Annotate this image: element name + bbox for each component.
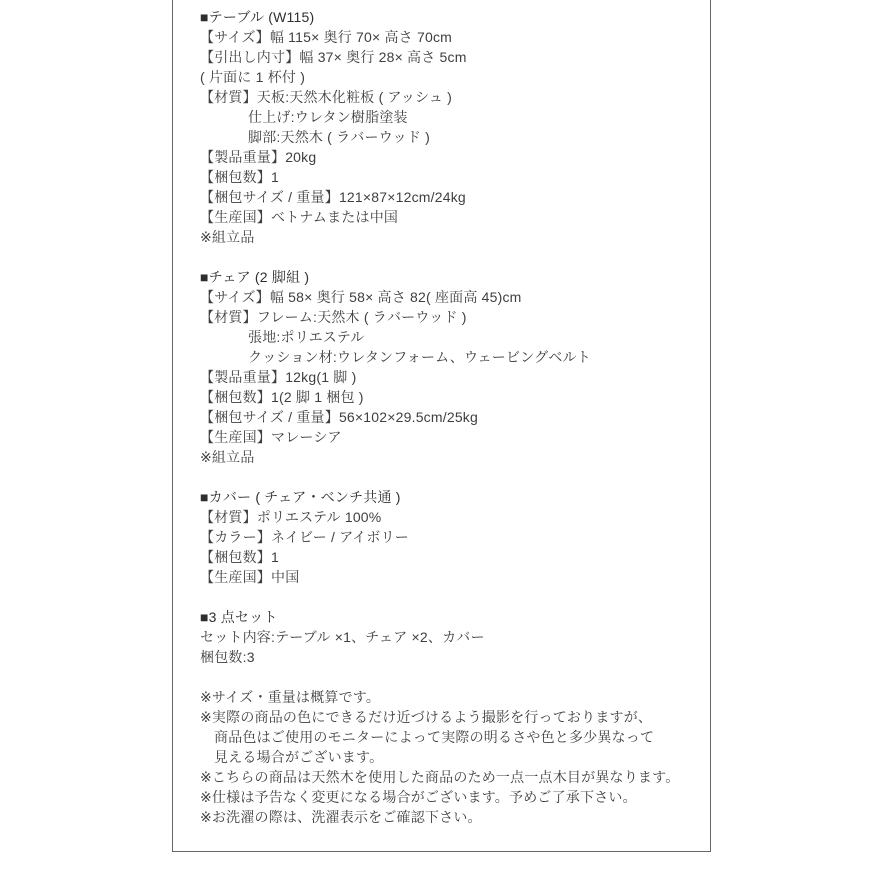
section-cover-heading: ■カバー ( チェア・ベンチ共通 ) bbox=[200, 487, 710, 507]
spec-line-assembly: ※組立品 bbox=[200, 227, 710, 247]
note-line-approx: ※サイズ・重量は概算です。 bbox=[200, 687, 710, 707]
spec-line-material-frame: 【材質】フレーム:天然木 ( ラバーウッド ) bbox=[200, 307, 710, 327]
spec-line-package-size: 【梱包サイズ / 重量】121×87×12cm/24kg bbox=[200, 187, 710, 207]
section-table-heading: ■テーブル (W115) bbox=[200, 7, 710, 27]
note-line-washing: ※お洗濯の際は、洗濯表示をご確認下さい。 bbox=[200, 807, 710, 827]
spec-line-country: 【生産国】中国 bbox=[200, 567, 710, 587]
spec-line-set-contents: セット内容:テーブル ×1、チェア ×2、カバー bbox=[200, 627, 710, 647]
spec-line-color: 【カラー】ネイビー / アイボリー bbox=[200, 527, 710, 547]
note-line-spec-change: ※仕様は予告なく変更になる場合がございます。予めご了承下さい。 bbox=[200, 787, 710, 807]
section-cover: ■カバー ( チェア・ベンチ共通 ) 【材質】ポリエステル 100% 【カラー】… bbox=[200, 487, 710, 587]
note-line-color-1: ※実際の商品の色にできるだけ近づけるよう撮影を行っておりますが、 bbox=[200, 707, 710, 727]
spec-line-material-upholstery: 張地:ポリエステル bbox=[200, 327, 710, 347]
spec-line-material-top: 【材質】天板:天然木化粧板 ( アッシュ ) bbox=[200, 87, 710, 107]
spec-line-package-count: 【梱包数】1 bbox=[200, 547, 710, 567]
spec-line-material-cushion: クッション材:ウレタンフォーム、ウェービングベルト bbox=[200, 347, 710, 367]
spec-line-package-size: 【梱包サイズ / 重量】56×102×29.5cm/25kg bbox=[200, 407, 710, 427]
spec-line-assembly: ※組立品 bbox=[200, 447, 710, 467]
spec-line-size: 【サイズ】幅 115× 奥行 70× 高さ 70cm bbox=[200, 27, 710, 47]
spec-line-drawer-note: ( 片面に 1 杯付 ) bbox=[200, 67, 710, 87]
spec-line-weight: 【製品重量】20kg bbox=[200, 147, 710, 167]
spec-line-package-count: 【梱包数】1 bbox=[200, 167, 710, 187]
product-spec-page: ■テーブル (W115) 【サイズ】幅 115× 奥行 70× 高さ 70cm … bbox=[0, 0, 883, 883]
spec-line-country: 【生産国】マレーシア bbox=[200, 427, 710, 447]
spec-line-country: 【生産国】ベトナムまたは中国 bbox=[200, 207, 710, 227]
spec-line-drawer-size: 【引出し内寸】幅 37× 奥行 28× 高さ 5cm bbox=[200, 47, 710, 67]
content-frame: ■テーブル (W115) 【サイズ】幅 115× 奥行 70× 高さ 70cm … bbox=[172, 0, 711, 852]
section-notes: ※サイズ・重量は概算です。 ※実際の商品の色にできるだけ近づけるよう撮影を行って… bbox=[200, 687, 710, 827]
spec-line-material: 【材質】ポリエステル 100% bbox=[200, 507, 710, 527]
spec-line-set-package-count: 梱包数:3 bbox=[200, 647, 710, 667]
section-set: ■3 点セット セット内容:テーブル ×1、チェア ×2、カバー 梱包数:3 bbox=[200, 607, 710, 667]
spec-line-weight: 【製品重量】12kg(1 脚 ) bbox=[200, 367, 710, 387]
section-table: ■テーブル (W115) 【サイズ】幅 115× 奥行 70× 高さ 70cm … bbox=[200, 7, 710, 247]
note-line-color-3: 見える場合がございます。 bbox=[200, 747, 710, 767]
spec-line-package-count: 【梱包数】1(2 脚 1 梱包 ) bbox=[200, 387, 710, 407]
spec-line-material-legs: 脚部:天然木 ( ラバーウッド ) bbox=[200, 127, 710, 147]
spec-line-size: 【サイズ】幅 58× 奥行 58× 高さ 82( 座面高 45)cm bbox=[200, 287, 710, 307]
note-line-color-2: 商品色はご使用のモニターによって実際の明るさや色と多少異なって bbox=[200, 727, 710, 747]
section-chair-heading: ■チェア (2 脚組 ) bbox=[200, 267, 710, 287]
spec-line-material-finish: 仕上げ:ウレタン樹脂塗装 bbox=[200, 107, 710, 127]
note-line-wood-grain: ※こちらの商品は天然木を使用した商品のため一点一点木目が異なります。 bbox=[200, 767, 710, 787]
section-chair: ■チェア (2 脚組 ) 【サイズ】幅 58× 奥行 58× 高さ 82( 座面… bbox=[200, 267, 710, 467]
section-set-heading: ■3 点セット bbox=[200, 607, 710, 627]
